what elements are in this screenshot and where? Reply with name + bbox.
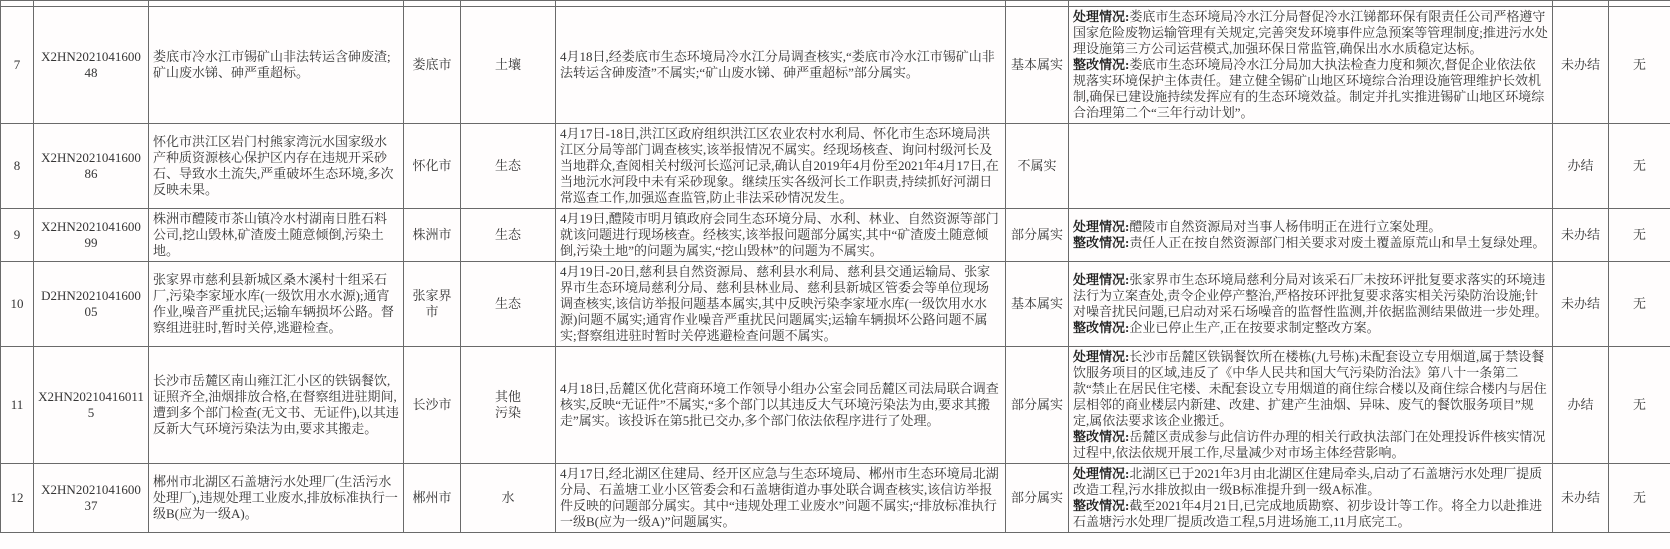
cell-handling xyxy=(1069,124,1553,209)
handling-label: 整改情况: xyxy=(1073,235,1129,250)
handling-label: 处理情况: xyxy=(1073,219,1129,234)
cell-seq: 8 xyxy=(1,124,34,209)
cell-verification: 基本属实 xyxy=(1006,7,1069,124)
cell-investigation: 4月18日,岳麓区优化营商环境工作领导小组办公室会同岳麓区司法局联合调查核实,反… xyxy=(556,347,1006,464)
cell-handling: 处理情况:醴陵市自然资源局对当事人杨伟明正在进行立案处理。整改情况:责任人正在按… xyxy=(1069,209,1553,262)
cell-remark: 无 xyxy=(1609,7,1670,124)
cell-investigation: 4月17日-18日,洪江区政府组织洪江区农业农村水利局、怀化市生态环境局洪江区分… xyxy=(556,124,1006,209)
handling-paragraph: 处理情况:北湖区已于2021年3月由北湖区住建局牵头,启动了石盖塘污水处理厂提质… xyxy=(1073,466,1548,498)
cell-remark: 无 xyxy=(1609,209,1670,262)
cell-case-id: X2HN202104160086 xyxy=(34,124,149,209)
cell-handling: 处理情况:长沙市岳麓区铁锅餐饮所在楼栋(九号栋)未配套设立专用烟道,属于禁设餐饮… xyxy=(1069,347,1553,464)
cell-handling: 处理情况:北湖区已于2021年3月由北湖区住建局牵头,启动了石盖塘污水处理厂提质… xyxy=(1069,464,1553,533)
cell-complaint: 长沙市岳麓区南山雍江汇小区的铁锅餐饮,证照齐全,油烟排放合格,在督察组进驻期间,… xyxy=(149,347,404,464)
handling-label: 整改情况: xyxy=(1073,57,1129,72)
handling-paragraph: 处理情况:长沙市岳麓区铁锅餐饮所在楼栋(九号栋)未配套设立专用烟道,属于禁设餐饮… xyxy=(1073,349,1548,429)
table-row: 10D2HN202104160005张家界市慈利县新城区桑木溪村十组采石厂,污染… xyxy=(1,262,1670,347)
cell-verification: 部分属实 xyxy=(1006,464,1069,533)
cell-complaint: 株洲市醴陵市茶山镇冷水村湖南日胜石料公司,挖山毁林,矿渣废土随意倾倒,污染土地。 xyxy=(149,209,404,262)
handling-paragraph: 整改情况:岳麓区责成参与此信访件办理的相关行政执法部门在处理投诉件核实情况过程中… xyxy=(1073,429,1548,461)
cell-case-id: D2HN202104160005 xyxy=(34,262,149,347)
cell-remark: 无 xyxy=(1609,124,1670,209)
cell-investigation: 4月18日,经娄底市生态环境局冷水江分局调查核实,“娄底市冷水江市锡矿山非法转运… xyxy=(556,7,1006,124)
cell-remark: 无 xyxy=(1609,262,1670,347)
handling-label: 处理情况: xyxy=(1073,272,1129,287)
cell-investigation: 4月17日,经北湖区住建局、经开区应急与生态环境局、郴州市生态环境局北湖分局、石… xyxy=(556,464,1006,533)
cell-seq: 9 xyxy=(1,209,34,262)
cell-status: 未办结 xyxy=(1553,464,1609,533)
table-row: 7X2HN202104160048娄底市冷水江市锡矿山非法转运含砷废渣;矿山废水… xyxy=(1,7,1670,124)
cell-handling: 处理情况:娄底市生态环境局冷水江分局督促冷水江锑都环保有限责任公司严格遵守国家危… xyxy=(1069,7,1553,124)
cell-complaint: 怀化市洪江区岩门村熊家湾沅水国家级水产种质资源核心保护区内存在违规开采砂石、导致… xyxy=(149,124,404,209)
document-page: 7X2HN202104160048娄底市冷水江市锡矿山非法转运含砷废渣;矿山废水… xyxy=(0,0,1670,549)
cell-seq: 10 xyxy=(1,262,34,347)
cell-case-id: X2HN202104160099 xyxy=(34,209,149,262)
handling-label: 处理情况: xyxy=(1073,466,1129,481)
table-row: 9X2HN202104160099株洲市醴陵市茶山镇冷水村湖南日胜石料公司,挖山… xyxy=(1,209,1670,262)
cell-verification: 基本属实 xyxy=(1006,262,1069,347)
handling-label: 整改情况: xyxy=(1073,320,1129,335)
cell-city: 张家界市 xyxy=(404,262,461,347)
table-row: 8X2HN202104160086怀化市洪江区岩门村熊家湾沅水国家级水产种质资源… xyxy=(1,124,1670,209)
cell-city: 怀化市 xyxy=(404,124,461,209)
cell-investigation: 4月19日-20日,慈利县自然资源局、慈利县水利局、慈利县交通运输局、张家界市生… xyxy=(556,262,1006,347)
cell-city: 长沙市 xyxy=(404,347,461,464)
cell-city: 郴州市 xyxy=(404,464,461,533)
cell-remark: 无 xyxy=(1609,464,1670,533)
handling-paragraph: 处理情况:醴陵市自然资源局对当事人杨伟明正在进行立案处理。 xyxy=(1073,219,1548,235)
cell-category: 土壤 xyxy=(461,7,556,124)
cell-verification: 不属实 xyxy=(1006,124,1069,209)
cell-complaint: 郴州市北湖区石盖塘污水处理厂(生活污水处理厂),违规处理工业废水,排放标准执行一… xyxy=(149,464,404,533)
cell-complaint: 娄底市冷水江市锡矿山非法转运含砷废渣;矿山废水锑、砷严重超标。 xyxy=(149,7,404,124)
cell-seq: 12 xyxy=(1,464,34,533)
cell-status: 未办结 xyxy=(1553,209,1609,262)
handling-paragraph: 整改情况:责任人正在按自然资源部门相关要求对废土覆盖原荒山和旱土复绿处理。 xyxy=(1073,235,1548,251)
cell-case-id: X2HN202104160037 xyxy=(34,464,149,533)
cell-category: 生态 xyxy=(461,124,556,209)
cell-verification: 部分属实 xyxy=(1006,347,1069,464)
handling-paragraph: 处理情况:张家界市生态环境局慈利分局对该采石厂未按环评批复要求落实的环境违法行为… xyxy=(1073,272,1548,320)
cell-remark: 无 xyxy=(1609,347,1670,464)
cell-city: 娄底市 xyxy=(404,7,461,124)
handling-label: 处理情况: xyxy=(1073,9,1129,24)
cell-category: 水 xyxy=(461,464,556,533)
cell-city: 株洲市 xyxy=(404,209,461,262)
handling-label: 整改情况: xyxy=(1073,498,1129,513)
cell-case-id: X2HN202104160115 xyxy=(34,347,149,464)
handling-paragraph: 整改情况:娄底市生态环境局冷水江分局加大执法检查力度和频次,督促企业依法依规落实… xyxy=(1073,57,1548,121)
handling-label: 整改情况: xyxy=(1073,429,1129,444)
cell-status: 未办结 xyxy=(1553,262,1609,347)
cell-status: 办结 xyxy=(1553,124,1609,209)
cell-status: 办结 xyxy=(1553,347,1609,464)
cell-seq: 11 xyxy=(1,347,34,464)
cell-category: 生态 xyxy=(461,209,556,262)
cell-status: 未办结 xyxy=(1553,7,1609,124)
cell-seq: 7 xyxy=(1,7,34,124)
table-body: 7X2HN202104160048娄底市冷水江市锡矿山非法转运含砷废渣;矿山废水… xyxy=(1,1,1670,533)
handling-label: 处理情况: xyxy=(1073,349,1129,364)
cell-verification: 部分属实 xyxy=(1006,209,1069,262)
cell-handling: 处理情况:张家界市生态环境局慈利分局对该采石厂未按环评批复要求落实的环境违法行为… xyxy=(1069,262,1553,347)
table-row: 11X2HN202104160115长沙市岳麓区南山雍江汇小区的铁锅餐饮,证照齐… xyxy=(1,347,1670,464)
handling-paragraph: 整改情况:企业已停止生产,正在按要求制定整改方案。 xyxy=(1073,320,1548,336)
handling-paragraph: 处理情况:娄底市生态环境局冷水江分局督促冷水江锑都环保有限责任公司严格遵守国家危… xyxy=(1073,9,1548,57)
cell-case-id: X2HN202104160048 xyxy=(34,7,149,124)
cell-investigation: 4月19日,醴陵市明月镇政府会同生态环境分局、水利、林业、自然资源等部门就该问题… xyxy=(556,209,1006,262)
cell-complaint: 张家界市慈利县新城区桑木溪村十组采石厂,污染李家垭水库(一级饮用水水源);通宵作… xyxy=(149,262,404,347)
table-row: 12X2HN202104160037郴州市北湖区石盖塘污水处理厂(生活污水处理厂… xyxy=(1,464,1670,533)
complaints-table: 7X2HN202104160048娄底市冷水江市锡矿山非法转运含砷废渣;矿山废水… xyxy=(0,0,1670,533)
cell-category: 其他 污染 xyxy=(461,347,556,464)
handling-paragraph: 整改情况:截至2021年4月21日,已完成地质勘察、初步设计等工作。将全力以赴推… xyxy=(1073,498,1548,530)
cell-category: 生态 xyxy=(461,262,556,347)
